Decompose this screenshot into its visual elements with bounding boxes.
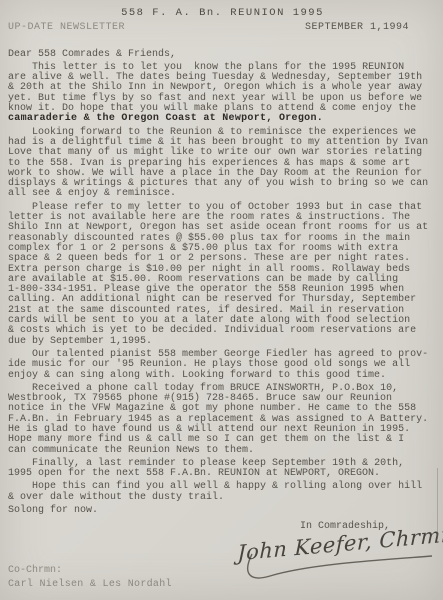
paragraph-war-stories: Looking forward to the Reunion & to remi… (8, 128, 437, 200)
cochair-names: Carl Nielsen & Les Nordahl (8, 580, 172, 590)
paragraph-pianist: Our talented pianist 558 member George F… (8, 350, 437, 381)
cochair-block: Co-Chrmn: Carl Nielsen & Les Nordahl (8, 566, 172, 591)
header-subrow: UP-DATE NEWSLETTER SEPTEMBER 1,1994 (8, 23, 437, 33)
document-page: 558 F. A. Bn. REUNION 1995 UP-DATE NEWSL… (0, 0, 443, 600)
date-label: SEPTEMBER 1,1994 (305, 23, 409, 33)
newsletter-label: UP-DATE NEWSLETTER (8, 23, 125, 33)
scan-artifact (437, 468, 438, 538)
emphasis-line: camaraderie & the Oregon Coast at Newpor… (8, 114, 437, 124)
paragraph-farewell: Hope this can find you all well & happy … (8, 482, 437, 503)
salutation: Dear 558 Comrades & Friends, (8, 50, 437, 60)
signoff: Solong for now. (8, 506, 437, 516)
paragraph-intro: This letter is to let you know the plans… (8, 63, 437, 114)
paragraph-bruce-ainsworth: Received a phone call today from BRUCE A… (8, 384, 437, 456)
paragraph-reminder: Finally, a last reminder to please keep … (8, 459, 437, 480)
letter-body: 558 F. A. Bn. REUNION 1995 UP-DATE NEWSL… (8, 8, 437, 516)
paragraph-room-rates: Please refer to my letter to you of Octo… (8, 203, 437, 347)
cochair-label: Co-Chrmn: (8, 566, 172, 576)
document-title: 558 F. A. Bn. REUNION 1995 (8, 8, 437, 18)
